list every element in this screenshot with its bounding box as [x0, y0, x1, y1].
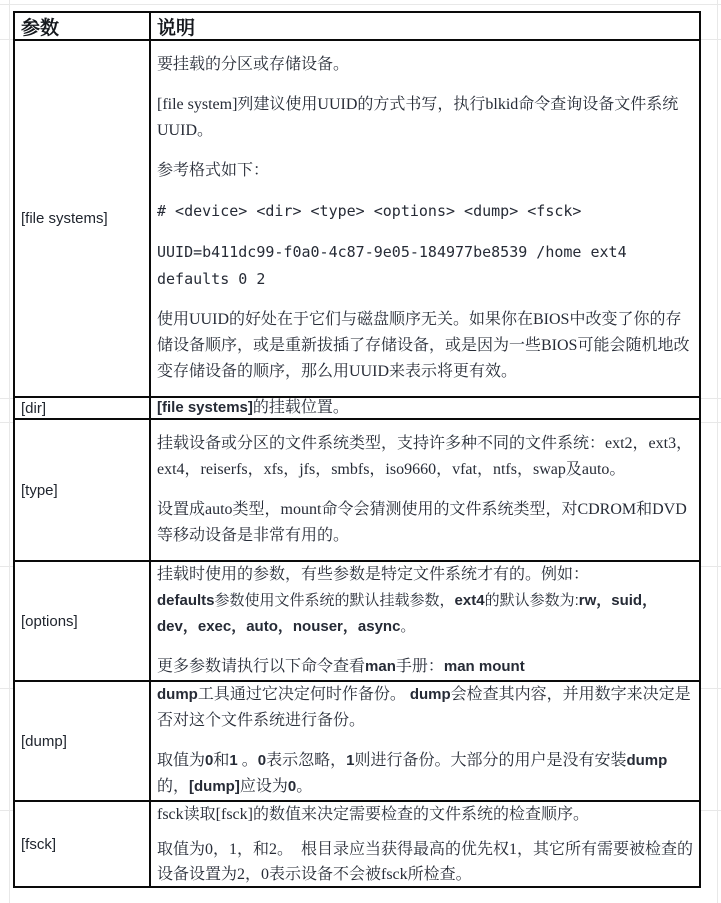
gridline: [9, 0, 10, 903]
table-header-row: 参数 说明: [15, 13, 699, 39]
text-run: 表示忽略，: [266, 752, 346, 769]
text-run: 的默认参数为:: [485, 592, 579, 609]
text-run: man: [365, 658, 396, 675]
param-cell: [options]: [15, 562, 149, 680]
description-paragraph: 挂载设备或分区的文件系统类型，支持许多种不同的文件系统：ext2，ext3，ex…: [157, 431, 695, 483]
header-cell-description: 说明: [149, 13, 699, 39]
table-row: [dump]dump工具通过它决定何时作备份。 dump会检查其内容，并用数字来…: [15, 680, 699, 800]
text-run: dump: [157, 686, 198, 703]
fstab-parameters-table: 参数 说明 [file systems]要挂载的分区或存储设备。[file sy…: [13, 11, 701, 888]
text-run: 挂载时使用的参数，有些参数是特定文件系统才有的。例如：: [157, 566, 589, 583]
param-cell: [dump]: [15, 682, 149, 800]
table-row: [type]挂载设备或分区的文件系统类型，支持许多种不同的文件系统：ext2，e…: [15, 418, 699, 560]
gridline: [717, 0, 718, 903]
text-run: 使用UUID的好处在于它们与磁盘顺序无关。如果你在BIOS中改变了你的存储设备顺…: [157, 311, 689, 380]
text-run: 应设为: [240, 778, 288, 795]
text-run: 0: [258, 752, 266, 769]
text-run: fsck读取[fsck]的数值来决定需要检查的文件系统的检查顺序。: [157, 806, 589, 823]
description-cell: 要挂载的分区或存储设备。[file system]列建议使用UUID的方式书写，…: [149, 41, 699, 396]
text-run: man mount: [444, 658, 525, 675]
description-paragraph: [file system]列建议使用UUID的方式书写，执行blkid命令查询设…: [157, 92, 695, 144]
description-paragraph: 取值为0，1，和2。 根目录应当获得最高的优先权1，其它所有需要被检查的设备设置…: [157, 837, 695, 887]
description-cell: fsck读取[fsck]的数值来决定需要检查的文件系统的检查顺序。取值为0，1，…: [149, 802, 699, 886]
text-run: 取值为0，1，和2。 根目录应当获得最高的优先权1，其它所有需要被检查的设备设置…: [157, 841, 693, 883]
description-paragraph: # <device> <dir> <type> <options> <dump>…: [157, 198, 695, 225]
text-run: 1: [229, 752, 237, 769]
text-run: 。: [296, 778, 312, 795]
description-paragraph: defaults参数使用文件系统的默认挂载参数，ext4的默认参数为:rw，su…: [157, 588, 695, 640]
text-run: ext4: [455, 592, 485, 609]
text-run: [file system]列建议使用UUID的方式书写，执行blkid命令查询设…: [157, 96, 678, 139]
text-run: 则进行备份。大部分的用户是没有安装: [354, 752, 626, 769]
table-row: [file systems]要挂载的分区或存储设备。[file system]列…: [15, 39, 699, 396]
description-paragraph: [file systems]的挂载位置。: [157, 398, 695, 418]
text-run: [dump]: [189, 778, 240, 795]
text-run: 挂载设备或分区的文件系统类型，支持许多种不同的文件系统：ext2，ext3，ex…: [157, 435, 692, 478]
param-cell: [fsck]: [15, 802, 149, 886]
param-cell: [dir]: [15, 398, 149, 418]
text-run: 的挂载位置。: [253, 399, 349, 416]
description-cell: 挂载时使用的参数，有些参数是特定文件系统才有的。例如：defaults参数使用文…: [149, 562, 699, 680]
header-cell-param: 参数: [15, 13, 149, 39]
table-row: [options]挂载时使用的参数，有些参数是特定文件系统才有的。例如：defa…: [15, 560, 699, 680]
table-row: [dir][file systems]的挂载位置。: [15, 396, 699, 418]
text-run: 参数使用文件系统的默认挂载参数，: [215, 592, 455, 609]
description-paragraph: 要挂载的分区或存储设备。: [157, 52, 695, 78]
table-row: [fsck]fsck读取[fsck]的数值来决定需要检查的文件系统的检查顺序。取…: [15, 800, 699, 886]
text-run: dump: [410, 686, 451, 703]
text-run: 手册：: [396, 658, 444, 675]
text-run: 。: [400, 618, 415, 635]
description-cell: dump工具通过它决定何时作备份。 dump会检查其内容，并用数字来决定是否对这…: [149, 682, 699, 800]
text-run: 和: [213, 752, 229, 769]
text-run: 。: [238, 752, 258, 769]
description-paragraph: 参考格式如下：: [157, 158, 695, 184]
description-paragraph: fsck读取[fsck]的数值来决定需要检查的文件系统的检查顺序。: [157, 802, 695, 827]
description-cell: 挂载设备或分区的文件系统类型，支持许多种不同的文件系统：ext2，ext3，ex…: [149, 420, 699, 560]
description-paragraph: 更多参数请执行以下命令查看man手册：man mount: [157, 654, 695, 680]
description-paragraph: 取值为0和1 。0表示忽略，1则进行备份。大部分的用户是没有安装dump的，[d…: [157, 748, 695, 800]
text-run: # <device> <dir> <type> <options> <dump>…: [157, 202, 581, 220]
text-run: 更多参数请执行以下命令查看: [157, 658, 365, 675]
text-run: 参考格式如下：: [157, 162, 269, 179]
description-paragraph: dump工具通过它决定何时作备份。 dump会检查其内容，并用数字来决定是否对这…: [157, 682, 695, 734]
gridline: [0, 4, 721, 5]
param-cell: [file systems]: [15, 41, 149, 396]
text-run: 取值为: [157, 752, 205, 769]
description-paragraph: 挂载时使用的参数，有些参数是特定文件系统才有的。例如：: [157, 562, 695, 588]
text-run: 的，: [157, 778, 189, 795]
description-paragraph: 使用UUID的好处在于它们与磁盘顺序无关。如果你在BIOS中改变了你的存储设备顺…: [157, 307, 695, 385]
text-run: [file systems]: [157, 399, 253, 416]
text-run: dump: [626, 752, 667, 769]
description-paragraph: UUID=b411dc99-f0a0-4c87-9e05-184977be853…: [157, 239, 695, 293]
description-paragraph: 设置成auto类型，mount命令会猜测使用的文件系统类型，对CDROM和DVD…: [157, 497, 695, 549]
description-cell: [file systems]的挂载位置。: [149, 398, 699, 418]
text-run: 0: [288, 778, 296, 795]
text-run: 要挂载的分区或存储设备。: [157, 56, 349, 73]
param-cell: [type]: [15, 420, 149, 560]
text-run: UUID=b411dc99-f0a0-4c87-9e05-184977be853…: [157, 243, 636, 288]
text-run: 工具通过它决定何时作备份。: [198, 686, 410, 703]
text-run: defaults: [157, 592, 215, 609]
text-run: 设置成auto类型，mount命令会猜测使用的文件系统类型，对CDROM和DVD…: [157, 501, 687, 544]
